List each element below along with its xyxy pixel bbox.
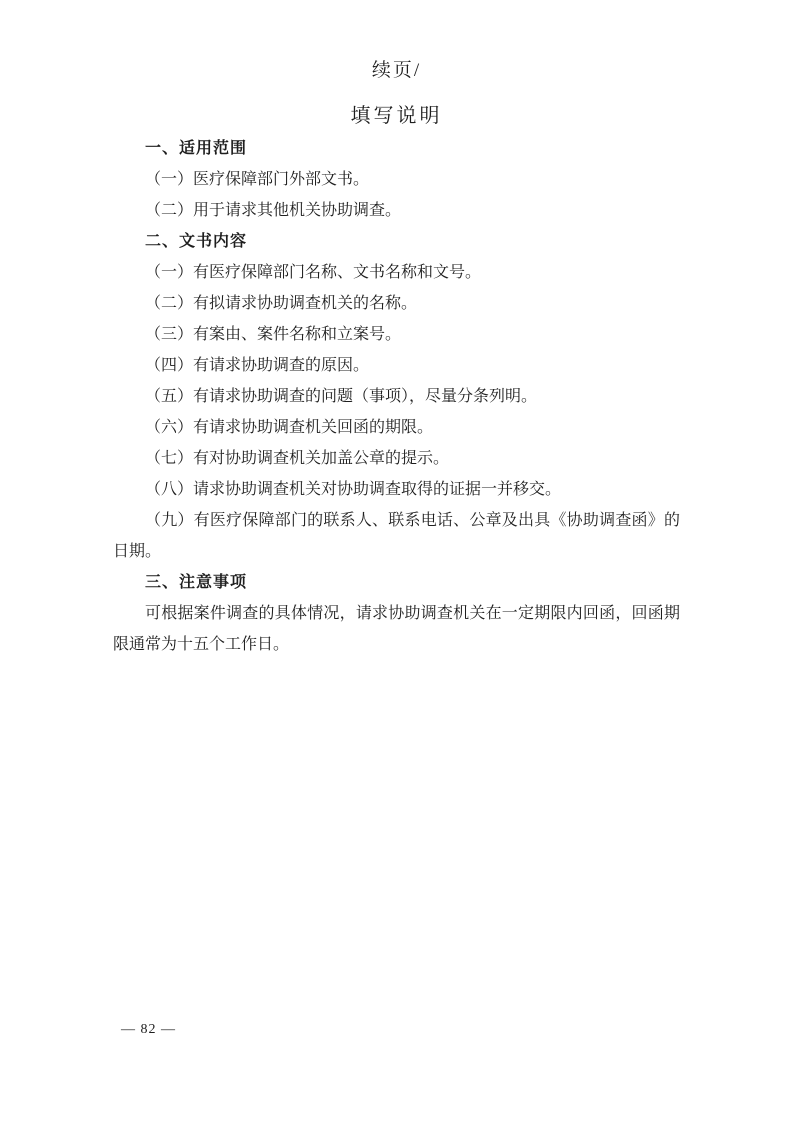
list-item: （六）有请求协助调查机关回函的期限。 [113,412,680,443]
document-page: 续页/ 填写说明 一、适用范围 （一）医疗保障部门外部文书。 （二）用于请求其他… [0,0,793,1122]
list-item: （一）有医疗保障部门名称、文书名称和文号。 [113,257,680,288]
list-item: （九）有医疗保障部门的联系人、联系电话、公章及出具《协助调查函》的日期。 [113,505,680,567]
list-item: （二）用于请求其他机关协助调查。 [113,195,680,226]
list-item: （五）有请求协助调查的问题（事项），尽量分条列明。 [113,381,680,412]
list-item: （二）有拟请求协助调查机关的名称。 [113,288,680,319]
section-heading-scope: 一、适用范围 [113,133,680,164]
list-item: （三）有案由、案件名称和立案号。 [113,319,680,350]
list-item: （七）有对协助调查机关加盖公章的提示。 [113,443,680,474]
list-item: （八）请求协助调查机关对协助调查取得的证据一并移交。 [113,474,680,505]
list-item: （四）有请求协助调查的原因。 [113,350,680,381]
section-heading-content: 二、文书内容 [113,226,680,257]
page-number: — 82 — [121,1021,176,1039]
paragraph: 可根据案件调查的具体情况，请求协助调查机关在一定期限内回函，回函期限通常为十五个… [113,598,680,660]
section-heading-notes: 三、注意事项 [113,567,680,598]
document-body: 一、适用范围 （一）医疗保障部门外部文书。 （二）用于请求其他机关协助调查。 二… [113,133,680,660]
list-item: （一）医疗保障部门外部文书。 [113,164,680,195]
continuation-note: 续页/ [113,58,680,84]
page-title: 填写说明 [113,102,680,130]
